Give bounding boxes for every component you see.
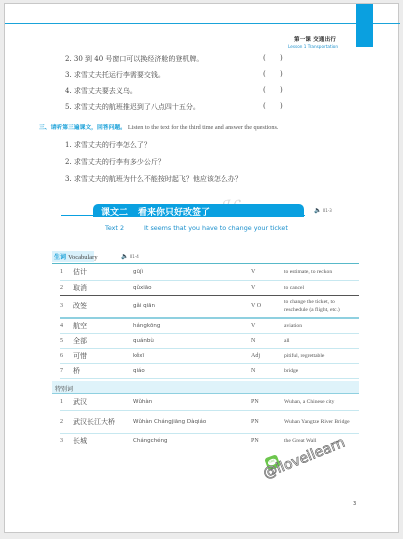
- word-pinyin: Chángchéng: [133, 433, 251, 448]
- audio-track: 01-4: [130, 254, 139, 259]
- lesson-title-en: Lesson 1 Transportation: [288, 44, 338, 49]
- word-definition: aviation: [284, 318, 359, 333]
- row-number: 6: [60, 348, 73, 363]
- row-number: 2: [60, 280, 73, 295]
- word-pos: PN: [251, 433, 284, 448]
- word-pos: V O: [251, 295, 284, 318]
- text2-heading-en: It seems that you have to change your ti…: [144, 224, 288, 232]
- word-pos: V: [251, 265, 284, 280]
- tf-item: 5. 求雪丈夫的航班推迟到了八点四十五分。: [65, 102, 200, 112]
- text2-title-en: Text 2It seems that you have to change y…: [105, 224, 288, 232]
- word-pinyin: qiáo: [133, 363, 251, 378]
- section-3-en: Listen to the text for the third time an…: [128, 124, 279, 131]
- word-pos: PN: [251, 410, 284, 433]
- word-cn: 取消: [73, 280, 133, 295]
- word-definition: Wuhan Yangtze River Bridge: [284, 410, 359, 433]
- word-pinyin: kěxī: [133, 348, 251, 363]
- word-cn: 全部: [73, 333, 133, 348]
- word-pos: V: [251, 318, 284, 333]
- question-item: 2. 求雪丈夫的行李有多少公斤？: [65, 157, 165, 167]
- tf-item: 2. 30 到 40 号窗口可以换经济舱的登机牌。: [65, 54, 203, 64]
- word-cn: 航空: [73, 318, 133, 333]
- word-cn: 武汉: [73, 395, 133, 410]
- row-number: 3: [60, 433, 73, 448]
- word-cn: 改签: [73, 295, 133, 318]
- tf-answer-blank[interactable]: ( ): [263, 70, 289, 78]
- word-pinyin: Wǔhàn Chángjiāng Dàqiáo: [133, 410, 251, 433]
- row-number: 4: [60, 318, 73, 333]
- speaker-icon: 🔈: [121, 253, 128, 260]
- word-pos: N: [251, 333, 284, 348]
- row-number: 7: [60, 363, 73, 378]
- tf-answer-blank[interactable]: ( ): [263, 54, 289, 62]
- row-number: 3: [60, 295, 73, 318]
- speaker-icon: 🔈: [314, 207, 321, 214]
- row-number: 2: [60, 410, 73, 433]
- word-cn: 估计: [73, 265, 133, 280]
- word-definition: Wuhan, a Chinese city: [284, 395, 359, 410]
- tf-answer-blank[interactable]: ( ): [263, 86, 289, 94]
- header-rule: [5, 23, 400, 24]
- text2-label-cn: 课文二: [101, 208, 128, 218]
- table-row: 1 估计 gūjì V to estimate, to reckon: [60, 265, 359, 280]
- tf-item: 4. 求雪丈夫要去义乌。: [65, 86, 137, 96]
- proper-nouns-table: 1 武汉 Wǔhàn PN Wuhan, a Chinese city 2 武汉…: [60, 395, 359, 448]
- vocab-title: 生词 Vocabulary: [54, 252, 98, 261]
- word-pinyin: gūjì: [133, 265, 251, 280]
- word-cn: 可惜: [73, 348, 133, 363]
- table-row: 1 武汉 Wǔhàn PN Wuhan, a Chinese city: [60, 395, 359, 410]
- word-cn: 桥: [73, 363, 133, 378]
- tf-answer-blank[interactable]: ( ): [263, 102, 289, 110]
- text2-audio[interactable]: 🔈 01-3: [314, 207, 332, 214]
- word-pinyin: hángkōng: [133, 318, 251, 333]
- word-pinyin: qǔxiāo: [133, 280, 251, 295]
- word-definition: to estimate, to reckon: [284, 265, 359, 280]
- chapter-tab-marker: [356, 4, 373, 47]
- word-cn: 武汉长江大桥: [73, 410, 133, 433]
- word-definition: bridge: [284, 363, 359, 378]
- text2-heading-cn: 看来你只好改签了: [138, 208, 210, 218]
- vocab-title-en: Vocabulary: [68, 254, 97, 261]
- table-row: 7 桥 qiáo N bridge: [60, 363, 359, 378]
- document-page: 第一课 交通出行 Lesson 1 Transportation 2. 30 到…: [4, 3, 399, 533]
- text2-title-cn: 课文二看来你只好改签了: [101, 205, 210, 218]
- text2-label-en: Text 2: [105, 224, 124, 232]
- word-definition: to change the ticket, to reschedule (a f…: [284, 295, 359, 318]
- tf-item: 3. 求雪丈夫托运行李需要交钱。: [65, 70, 165, 80]
- table-row: 2 武汉长江大桥 Wǔhàn Chángjiāng Dàqiáo PN Wuha…: [60, 410, 359, 433]
- row-number: 5: [60, 333, 73, 348]
- table-row: 2 取消 qǔxiāo V to cancel: [60, 280, 359, 295]
- word-pos: V: [251, 280, 284, 295]
- table-row: 5 全部 quánbù N all: [60, 333, 359, 348]
- vocab-rule: [52, 263, 359, 264]
- question-item: 1. 求雪丈夫的行李怎么了？: [65, 140, 151, 150]
- table-row: 4 航空 hángkōng V aviation: [60, 318, 359, 333]
- proper-nouns-header: 特别词: [52, 381, 359, 394]
- word-pinyin: quánbù: [133, 333, 251, 348]
- word-pos: N: [251, 363, 284, 378]
- page-number: 3: [353, 501, 356, 507]
- word-pinyin: Wǔhàn: [133, 395, 251, 410]
- audio-track: 01-3: [323, 208, 332, 213]
- question-item: 3. 求雪丈夫的航班为什么不能按时起飞？他应该怎么办？: [65, 174, 242, 184]
- vocab-table: 1 估计 gūjì V to estimate, to reckon 2 取消 …: [60, 265, 359, 379]
- table-row: 6 可惜 kěxī Adj pitiful, regrettable: [60, 348, 359, 363]
- table-row: 3 改签 gǎi qiān V O to change the ticket, …: [60, 295, 359, 318]
- vocab-title-cn: 生词: [54, 254, 66, 261]
- word-definition: to cancel: [284, 280, 359, 295]
- word-pos: PN: [251, 395, 284, 410]
- row-number: 1: [60, 395, 73, 410]
- lesson-title-cn: 第一课 交通出行: [294, 35, 336, 43]
- row-number: 1: [60, 265, 73, 280]
- word-cn: 长城: [73, 433, 133, 448]
- word-pinyin: gǎi qiān: [133, 295, 251, 318]
- word-definition: all: [284, 333, 359, 348]
- section-3-instruction: 三、请听第三遍课文，回答问题。 Listen to the text for t…: [39, 122, 278, 131]
- vocab-audio[interactable]: 🔈 01-4: [121, 253, 139, 260]
- word-pos: Adj: [251, 348, 284, 363]
- word-definition: pitiful, regrettable: [284, 348, 359, 363]
- section-3-cn: 三、请听第三遍课文，回答问题。: [39, 125, 126, 131]
